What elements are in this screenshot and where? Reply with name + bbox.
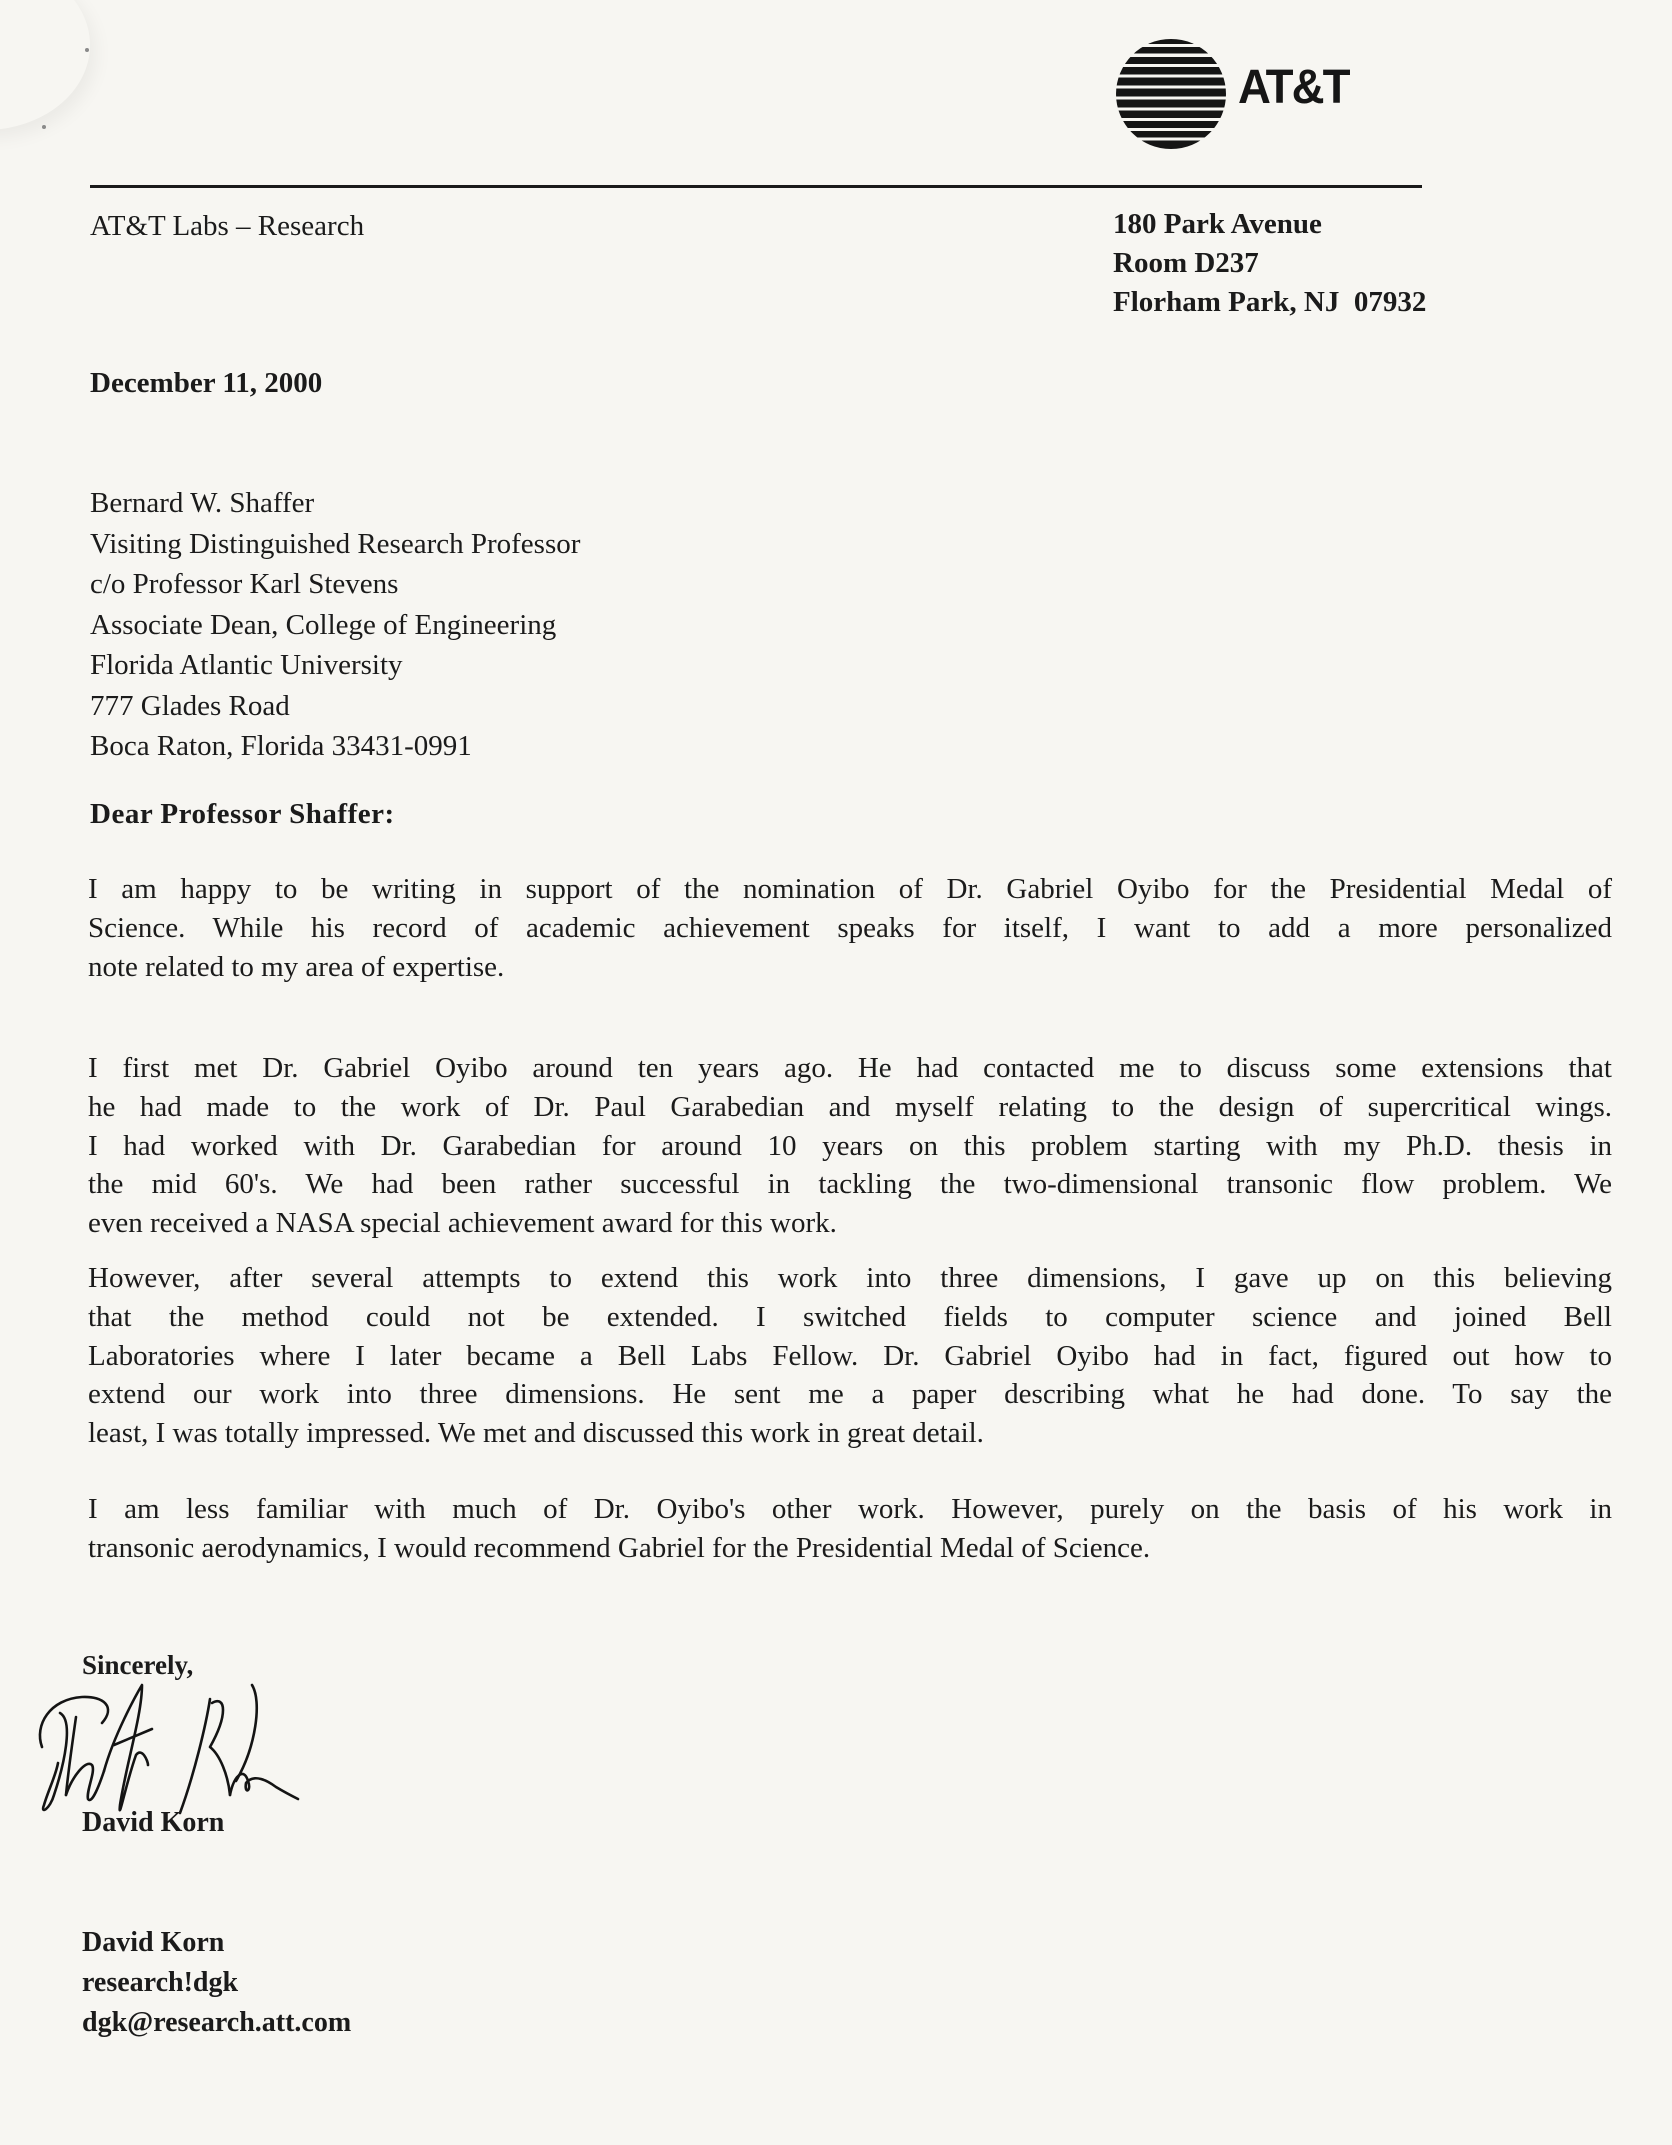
address-line: Room D237 xyxy=(1113,244,1426,283)
salutation: Dear Professor Shaffer: xyxy=(90,798,395,831)
paragraph-line: I first met Dr. Gabriel Oyibo around ten… xyxy=(88,1049,1612,1088)
paper-speck xyxy=(85,48,89,52)
paragraph-line: least, I was totally impressed. We met a… xyxy=(88,1414,1612,1453)
paragraph-line: Laboratories where I later became a Bell… xyxy=(88,1337,1612,1376)
sender-contact-block: David Korn research!dgk dgk@research.att… xyxy=(82,1923,351,2043)
contact-name: David Korn xyxy=(82,1923,351,1963)
paragraph-line: I am less familiar with much of Dr. Oyib… xyxy=(88,1490,1612,1529)
sender-address: 180 Park Avenue Room D237 Florham Park, … xyxy=(1113,205,1426,322)
paragraph-line: that the method could not be extended. I… xyxy=(88,1298,1612,1337)
att-globe-icon xyxy=(1113,38,1229,150)
recipient-line: Boca Raton, Florida 33431-0991 xyxy=(90,726,580,767)
paper-speck xyxy=(42,125,46,129)
contact-email: dgk@research.att.com xyxy=(82,2003,351,2043)
recipient-line: Visiting Distinguished Research Professo… xyxy=(90,524,580,565)
recipient-line: Bernard W. Shaffer xyxy=(90,483,580,524)
recipient-line: c/o Professor Karl Stevens xyxy=(90,564,580,605)
address-line: Florham Park, NJ 07932 xyxy=(1113,283,1426,322)
letterhead-rule xyxy=(90,185,1422,188)
letter-page: AT&T AT&T Labs – Research 180 Park Avenu… xyxy=(0,0,1672,2145)
att-logo-text: AT&T xyxy=(1238,60,1349,115)
body-paragraph-3: However, after several attempts to exten… xyxy=(88,1259,1612,1453)
recipient-line: 777 Glades Road xyxy=(90,686,580,727)
body-paragraph-4: I am less familiar with much of Dr. Oyib… xyxy=(88,1490,1612,1568)
recipient-address: Bernard W. Shaffer Visiting Distinguishe… xyxy=(90,483,580,767)
letter-date: December 11, 2000 xyxy=(90,367,322,400)
paragraph-line: transonic aerodynamics, I would recommen… xyxy=(88,1529,1612,1568)
organization-name: AT&T Labs – Research xyxy=(90,210,364,243)
paragraph-line: extend our work into three dimensions. H… xyxy=(88,1375,1612,1414)
address-line: 180 Park Avenue xyxy=(1113,205,1426,244)
paragraph-line: However, after several attempts to exten… xyxy=(88,1259,1612,1298)
body-paragraph-1: I am happy to be writing in support of t… xyxy=(88,870,1612,986)
signer-typed-name: David Korn xyxy=(82,1807,224,1839)
contact-uucp-address: research!dgk xyxy=(82,1963,351,2003)
paragraph-line: I am happy to be writing in support of t… xyxy=(88,870,1612,909)
paragraph-line: note related to my area of expertise. xyxy=(88,948,1612,987)
recipient-line: Florida Atlantic University xyxy=(90,645,580,686)
recipient-line: Associate Dean, College of Engineering xyxy=(90,605,580,646)
handwritten-signature-icon xyxy=(30,1655,300,1830)
body-paragraph-2: I first met Dr. Gabriel Oyibo around ten… xyxy=(88,1049,1612,1243)
paragraph-line: he had made to the work of Dr. Paul Gara… xyxy=(88,1088,1612,1127)
paragraph-line: the mid 60's. We had been rather success… xyxy=(88,1165,1612,1204)
paper-fold-shadow xyxy=(0,0,90,130)
paragraph-line: Science. While his record of academic ac… xyxy=(88,909,1612,948)
paragraph-line: even received a NASA special achievement… xyxy=(88,1204,1612,1243)
paragraph-line: I had worked with Dr. Garabedian for aro… xyxy=(88,1127,1612,1166)
